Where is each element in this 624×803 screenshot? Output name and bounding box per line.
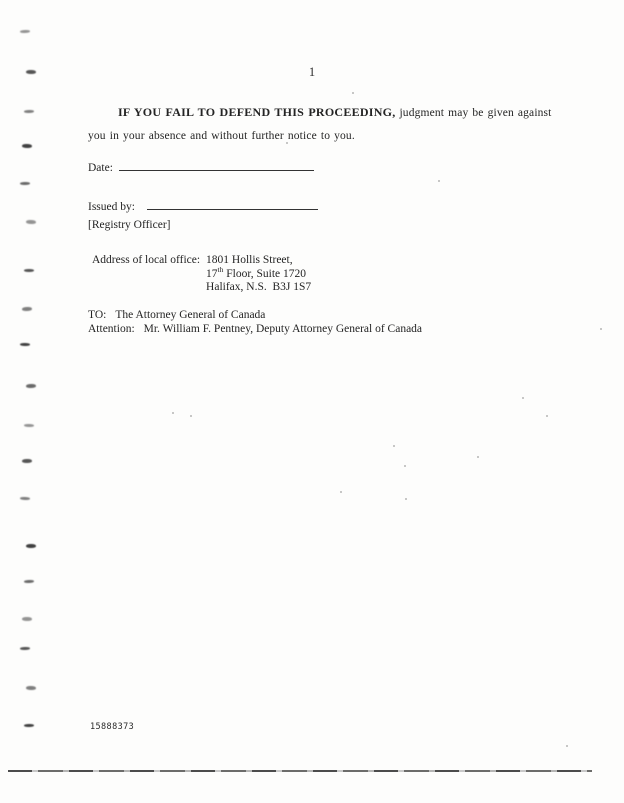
binding-mark [26, 544, 36, 548]
recipient-block: TO:The Attorney General of Canada Attent… [88, 309, 422, 337]
scan-speck [566, 745, 568, 747]
scan-speck [340, 491, 342, 493]
address-line-2: 17th Floor, Suite 1720 [206, 268, 311, 282]
binding-mark [24, 424, 34, 427]
scan-speck [600, 328, 602, 330]
binding-mark [20, 30, 30, 33]
address-label: Address of local office: [92, 254, 200, 295]
attention-value: Mr. William F. Pentney, Deputy Attorney … [144, 323, 422, 335]
binding-mark [20, 497, 30, 500]
date-label: Date: [88, 162, 113, 174]
date-row: Date: [88, 161, 314, 174]
binding-mark [20, 182, 30, 185]
warning-paragraph: IF YOU FAIL TO DEFEND THIS PROCEEDING, j… [88, 101, 552, 148]
warning-bold-text: IF YOU FAIL TO DEFEND THIS PROCEEDING, [118, 105, 395, 119]
warning-line-1-rest: judgment may be given against [395, 107, 551, 119]
scan-speck [438, 180, 440, 182]
scan-speck [404, 465, 406, 467]
date-blank-line [119, 161, 314, 171]
address-floor-rest: Floor, Suite 1720 [223, 268, 306, 280]
registry-officer-note: [Registry Officer] [88, 219, 171, 231]
document-number: 15888373 [90, 722, 134, 732]
scan-speck [405, 498, 407, 500]
attention-label: Attention: [88, 323, 135, 335]
binding-mark [26, 686, 36, 690]
warning-line-2: you in your absence and without further … [88, 125, 552, 148]
document-page: 1 IF YOU FAIL TO DEFEND THIS PROCEEDING,… [0, 0, 624, 803]
to-row: TO:The Attorney General of Canada [88, 309, 422, 323]
to-value: The Attorney General of Canada [115, 309, 265, 321]
binding-mark [24, 110, 34, 113]
binding-mark [22, 617, 32, 621]
scan-speck [393, 445, 395, 447]
scan-speck [352, 92, 354, 94]
issued-by-blank-line [147, 200, 318, 210]
scan-speck [172, 412, 174, 414]
binding-mark [20, 343, 30, 346]
binding-mark [26, 220, 36, 224]
scan-speck [546, 415, 548, 417]
address-line-3: Halifax, N.S. B3J 1S7 [206, 281, 311, 295]
page-bottom-edge-line [8, 770, 592, 772]
warning-line-1: IF YOU FAIL TO DEFEND THIS PROCEEDING, j… [88, 101, 552, 125]
binding-mark [22, 144, 32, 148]
binding-mark [22, 459, 32, 463]
issued-by-label: Issued by: [88, 201, 135, 213]
binding-mark [20, 647, 30, 650]
binding-mark [26, 384, 36, 388]
address-floor-number: 17 [206, 268, 218, 280]
binding-mark [22, 307, 32, 311]
binding-mark [24, 269, 34, 272]
issued-by-row: Issued by: [88, 200, 318, 213]
binding-mark [24, 580, 34, 583]
page-number: 1 [0, 65, 624, 80]
attention-row: Attention:Mr. William F. Pentney, Deputy… [88, 323, 422, 337]
to-label: TO: [88, 309, 106, 321]
binding-mark [24, 724, 34, 727]
address-lines: 1801 Hollis Street, 17th Floor, Suite 17… [206, 254, 311, 295]
address-block: Address of local office: 1801 Hollis Str… [92, 254, 311, 295]
scan-speck [190, 415, 192, 417]
scan-speck [477, 456, 479, 458]
scan-speck [522, 397, 524, 399]
